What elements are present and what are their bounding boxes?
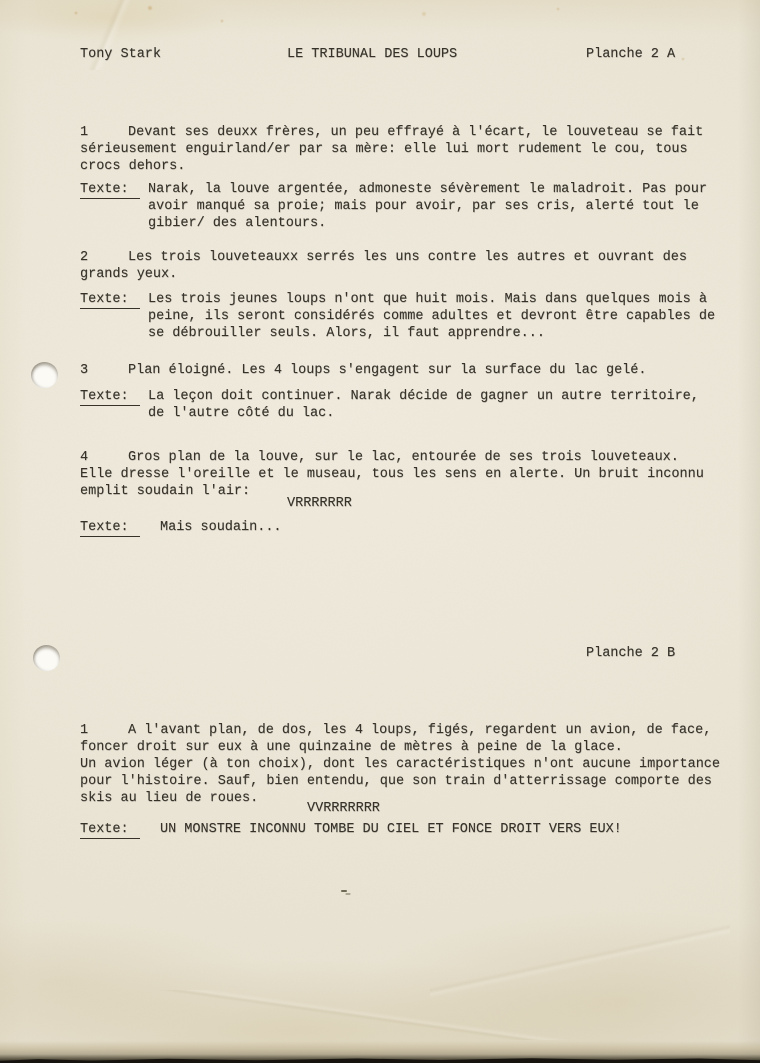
texte-body: Les trois jeunes loups n'ont que huit mo… — [148, 291, 742, 342]
sound-effect-vvrrr: VVRRRRRRR — [307, 800, 380, 817]
texte-label: Texte: — [80, 519, 140, 537]
author-name: Tony Stark — [80, 46, 161, 63]
panel-number: 1 — [80, 124, 88, 141]
panel-description-text: Plan éloigné. Les 4 loups s'engagent sur… — [80, 362, 742, 379]
panel-2-description: 2 Les trois louveteauxx serrés les uns c… — [80, 249, 742, 283]
panel-description-text: Gros plan de la louve, sur le lac, entou… — [80, 449, 742, 500]
panel-number: 3 — [80, 362, 88, 379]
punch-hole-top — [31, 362, 58, 388]
sound-effect-vrrr: VRRRRRRR — [287, 495, 352, 512]
texte-label: Texte: — [80, 181, 140, 199]
texte-body: Narak, la louve argentée, admoneste sévè… — [148, 181, 742, 232]
planche-a-label: Planche 2 A — [586, 46, 675, 63]
planche-b-label: Planche 2 B — [586, 645, 675, 662]
scan-background-strip — [0, 1057, 760, 1063]
panel-number: 1 — [80, 722, 88, 739]
texte-body: La leçon doit continuer. Narak décide de… — [148, 388, 742, 422]
panel-4-description: 4 Gros plan de la louve, sur le lac, ent… — [80, 449, 742, 500]
texte-label: Texte: — [80, 821, 140, 839]
panel-1-texte: Texte: Narak, la louve argentée, admones… — [80, 181, 742, 232]
panel-description-text: A l'avant plan, de dos, les 4 loups, fig… — [80, 722, 742, 807]
texte-label: Texte: — [80, 291, 140, 309]
panel-number: 4 — [80, 449, 88, 466]
panel-description-text: Les trois louveteauxx serrés les uns con… — [80, 249, 742, 283]
panel-2-texte: Texte: Les trois jeunes loups n'ont que … — [80, 291, 742, 342]
page-title: LE TRIBUNAL DES LOUPS — [287, 46, 457, 63]
punch-hole-bottom — [33, 645, 60, 671]
planche-b-panel-1-texte: Texte: UN MONSTRE INCONNU TOMBE DU CIEL … — [80, 821, 742, 838]
panel-1-description: 1 Devant ses deuxx frères, un peu effray… — [80, 124, 742, 175]
texte-body: UN MONSTRE INCONNU TOMBE DU CIEL ET FONC… — [160, 821, 742, 838]
scanned-typescript-page: Tony Stark LE TRIBUNAL DES LOUPS Planche… — [0, 0, 760, 1063]
panel-4-texte: Texte: Mais soudain... — [80, 519, 742, 536]
panel-number: 2 — [80, 249, 88, 266]
panel-3-description: 3 Plan éloigné. Les 4 loups s'engagent s… — [80, 362, 742, 379]
texte-label: Texte: — [80, 388, 140, 406]
panel-description-text: Devant ses deuxx frères, un peu effrayé … — [80, 124, 742, 175]
planche-b-panel-1-description: 1 A l'avant plan, de dos, les 4 loups, f… — [80, 722, 742, 807]
texte-body: Mais soudain... — [160, 519, 742, 536]
paper-bottom-edge — [0, 1041, 760, 1063]
stray-pencil-mark — [341, 890, 347, 892]
panel-3-texte: Texte: La leçon doit continuer. Narak dé… — [80, 388, 742, 422]
